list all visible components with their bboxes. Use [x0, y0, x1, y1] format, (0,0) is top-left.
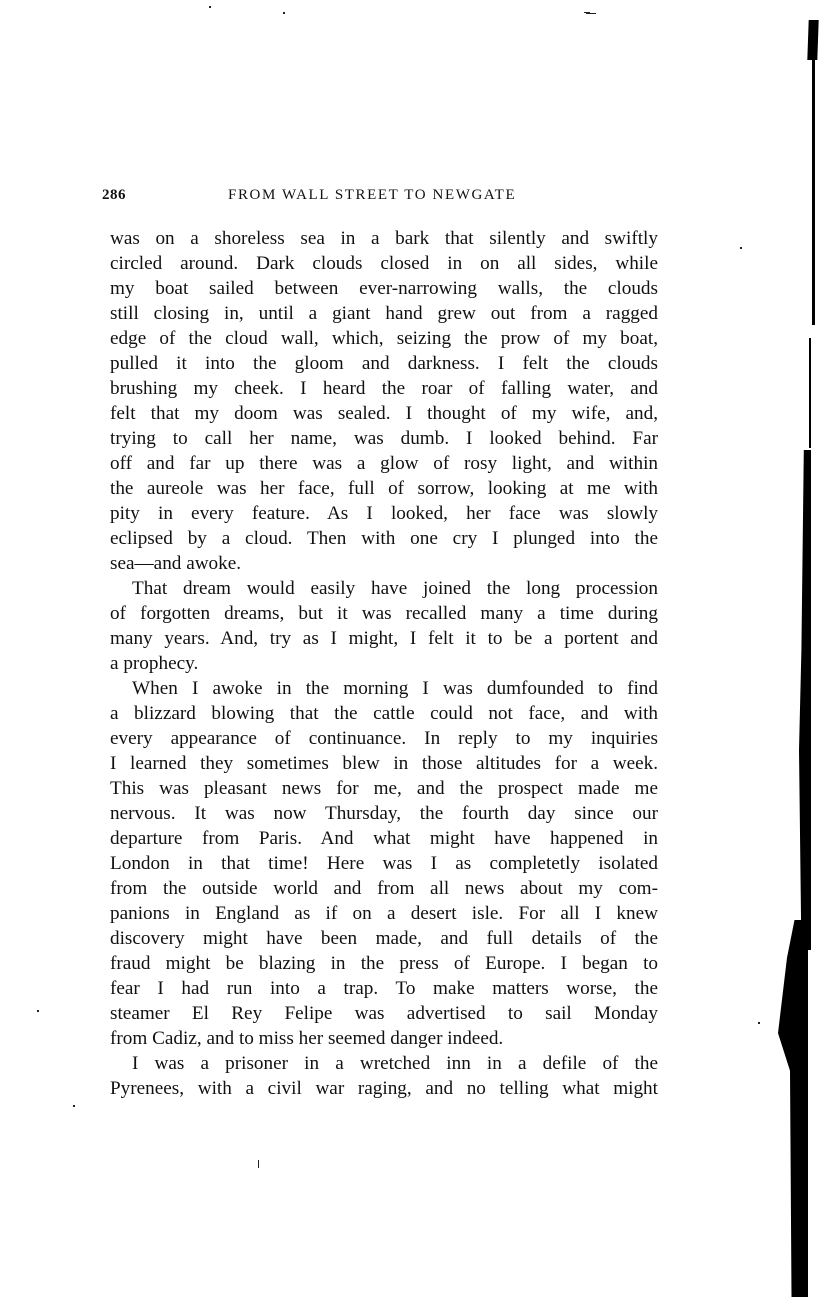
running-title: FROM WALL STREET TO NEWGATE [228, 187, 516, 204]
text-line: circled around. Dark clouds closed in on… [110, 251, 658, 276]
text-line: was on a shoreless sea in a bark that si… [110, 226, 658, 251]
text-line: London in that time! Here was I as compl… [110, 851, 658, 876]
text-line: discovery might have been made, and full… [110, 926, 658, 951]
text-line: I was a prisoner in a wretched inn in a … [110, 1051, 658, 1076]
text-line: pulled it into the gloom and darkness. I… [110, 351, 658, 376]
scan-speck [586, 13, 596, 14]
scan-edge-bottom-band [778, 920, 808, 1297]
scan-edge-lower-band [799, 450, 811, 950]
page-number: 286 [102, 187, 126, 204]
running-head: 286 FROM WALL STREET TO NEWGATE [102, 187, 662, 207]
text-line: steamer El Rey Felipe was advertised to … [110, 1001, 658, 1026]
scan-speck [740, 247, 742, 249]
text-line: When I awoke in the morning I was dumfou… [110, 676, 658, 701]
text-line: Pyrenees, with a civil war raging, and n… [110, 1076, 658, 1101]
text-line: This was pleasant news for me, and the p… [110, 776, 658, 801]
paragraph: When I awoke in the morning I was dumfou… [110, 676, 658, 1051]
text-line: a prophecy. [110, 651, 658, 676]
text-line: fear I had run into a trap. To make matt… [110, 976, 658, 1001]
paragraph: I was a prisoner in a wretched inn in a … [110, 1051, 658, 1101]
scan-edge-mid-line [809, 338, 811, 448]
text-line: pity in every feature. As I looked, her … [110, 501, 658, 526]
text-line: nervous. It was now Thursday, the fourth… [110, 801, 658, 826]
text-line: every appearance of continuance. In repl… [110, 726, 658, 751]
text-line: edge of the cloud wall, which, seizing t… [110, 326, 658, 351]
text-line: sea—and awoke. [110, 551, 658, 576]
scan-edge-upper-line [812, 55, 815, 325]
text-line: eclipsed by a cloud. Then with one cry I… [110, 526, 658, 551]
text-line: many years. And, try as I might, I felt … [110, 626, 658, 651]
text-line: my boat sailed between ever-narrowing wa… [110, 276, 658, 301]
text-line: panions in England as if on a desert isl… [110, 901, 658, 926]
book-page: 286 FROM WALL STREET TO NEWGATE was on a… [0, 0, 826, 1297]
text-line: still closing in, until a giant hand gre… [110, 301, 658, 326]
text-line: brushing my cheek. I heard the roar of f… [110, 376, 658, 401]
text-line: trying to call her name, was dumb. I loo… [110, 426, 658, 451]
text-line: I learned they sometimes blew in those a… [110, 751, 658, 776]
text-line: That dream would easily have joined the … [110, 576, 658, 601]
scan-speck [209, 6, 211, 8]
text-line: departure from Paris. And what might hav… [110, 826, 658, 851]
scan-speck [283, 12, 285, 14]
text-line: from the outside world and from all news… [110, 876, 658, 901]
text-line: a blizzard blowing that the cattle could… [110, 701, 658, 726]
body-text: was on a shoreless sea in a bark that si… [110, 226, 658, 1101]
paragraph: was on a shoreless sea in a bark that si… [110, 226, 658, 576]
text-line: from Cadiz, and to miss her seemed dange… [110, 1026, 658, 1051]
scan-speck [258, 1160, 259, 1168]
paragraph: That dream would easily have joined the … [110, 576, 658, 676]
scan-speck [37, 1010, 39, 1012]
text-line: of forgotten dreams, but it was recalled… [110, 601, 658, 626]
text-line: the aureole was her face, full of sorrow… [110, 476, 658, 501]
scan-edge-top-right [807, 20, 818, 60]
text-line: fraud might be blazing in the press of E… [110, 951, 658, 976]
scan-speck [73, 1105, 75, 1107]
text-line: felt that my doom was sealed. I thought … [110, 401, 658, 426]
text-line: off and far up there was a glow of rosy … [110, 451, 658, 476]
scan-speck [758, 1022, 760, 1024]
